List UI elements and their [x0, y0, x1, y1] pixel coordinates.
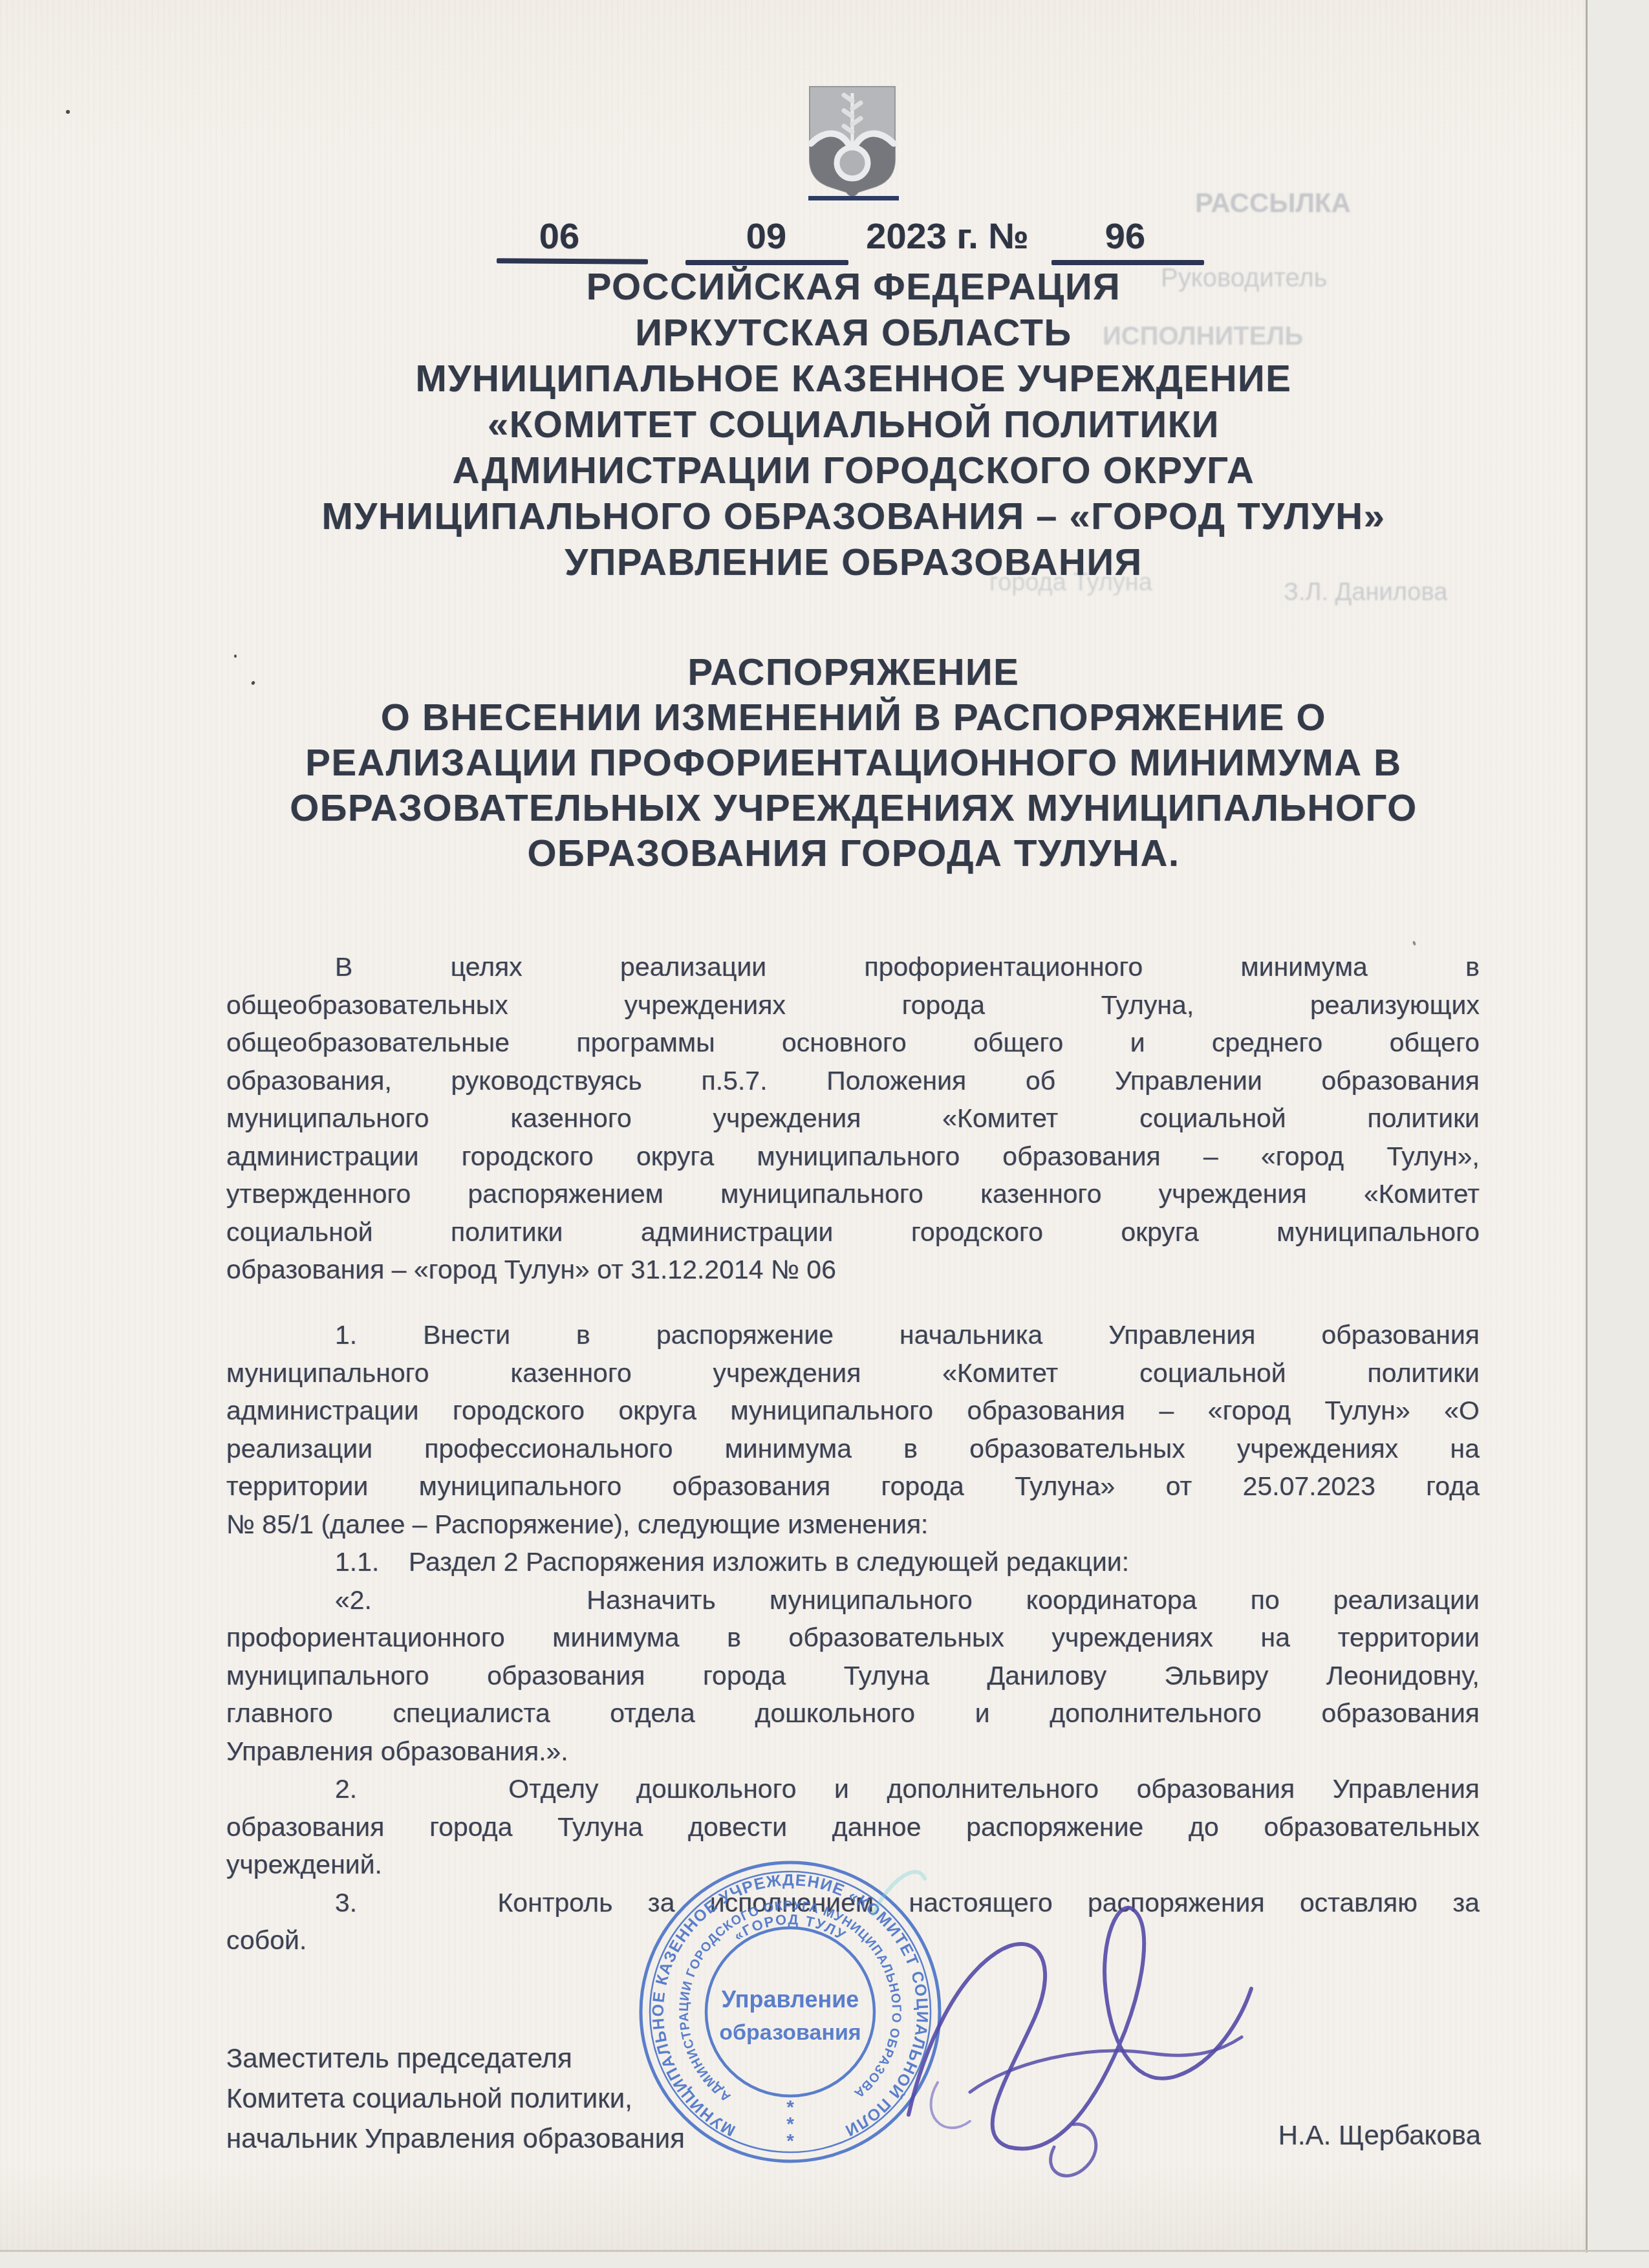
org-header-line: ИРКУТСКАЯ ОБЛАСТЬ: [188, 310, 1520, 356]
org-header-line: РОССИЙСКАЯ ФЕДЕРАЦИЯ: [188, 264, 1520, 310]
document-page: РАССЫЛКА Руководитель ИСПОЛНИТЕЛЬ города…: [0, 0, 1649, 2268]
body-line: муниципального образования города Тулуна…: [226, 1657, 1480, 1695]
body-line: № 85/1 (далее – Распоряжение), следующие…: [226, 1506, 1480, 1544]
body-line: главного специалиста отдела дошкольного …: [226, 1694, 1480, 1733]
body-line: администрации городского округа муниципа…: [226, 1392, 1480, 1430]
org-header-line: «КОМИТЕТ СОЦИАЛЬНОЙ ПОЛИТИКИ: [188, 402, 1520, 448]
body-line: муниципального казенного учреждения «Ком…: [226, 1354, 1480, 1392]
date-month: 09: [718, 215, 815, 257]
dust-speck: [66, 110, 70, 114]
title-line: ОБРАЗОВАТЕЛЬНЫХ УЧРЕЖДЕНИЯХ МУНИЦИПАЛЬНО…: [188, 786, 1520, 831]
signatory-title-block: Заместитель председателя Комитета социал…: [226, 2038, 938, 2159]
org-header-line: МУНИЦИПАЛЬНОГО ОБРАЗОВАНИЯ – «ГОРОД ТУЛУ…: [188, 493, 1520, 539]
scan-edge-right: [1588, 0, 1649, 2268]
org-header-line: АДМИНИСТРАЦИИ ГОРОДСКОГО ОКРУГА: [188, 448, 1520, 493]
body-paragraph-1: В целях реализации профориентационного м…: [226, 948, 1480, 1289]
org-header-line: УПРАВЛЕНИЕ ОБРАЗОВАНИЯ: [188, 539, 1520, 585]
tulun-coat-of-arms: [807, 84, 898, 199]
signatory-title-line: Комитета социальной политики,: [226, 2079, 938, 2119]
body-line: образования города Тулуна довести данное…: [226, 1808, 1480, 1846]
body-line: 1. Внести в распоряжение начальника Упра…: [226, 1316, 1480, 1354]
org-header-line: МУНИЦИПАЛЬНОЕ КАЗЕННОЕ УЧРЕЖДЕНИЕ: [188, 356, 1520, 402]
title-line: РЕАЛИЗАЦИИ ПРОФОРИЕНТАЦИОННОГО МИНИМУМА …: [188, 740, 1520, 786]
org-header: РОССИЙСКАЯ ФЕДЕРАЦИЯ ИРКУТСКАЯ ОБЛАСТЬ М…: [188, 264, 1520, 585]
body-line: 1.1. Раздел 2 Распоряжения изложить в сл…: [226, 1543, 1480, 1581]
document-title: РАСПОРЯЖЕНИЕ О ВНЕСЕНИИ ИЗМЕНЕНИЙ В РАСП…: [188, 650, 1520, 876]
body-line: Управления образования.».: [226, 1733, 1480, 1771]
scan-edge-right-line: [1586, 0, 1588, 2268]
bleedthrough-rassylka: РАССЫЛКА: [1195, 188, 1351, 219]
scan-edge-bottom-line: [0, 2250, 1649, 2252]
body-line: утвержденного распоряжением муниципально…: [226, 1175, 1480, 1213]
body-line: 2. Отделу дошкольного и дополнительного …: [226, 1770, 1480, 1808]
body-line: «2. Назначить муниципального координатор…: [226, 1581, 1480, 1619]
body-line: образования, руководствуясь п.5.7. Полож…: [226, 1062, 1480, 1100]
body-line: социальной политики администрации городс…: [226, 1213, 1480, 1251]
body-line: общеобразовательные программы основного …: [226, 1024, 1480, 1062]
title-line: О ВНЕСЕНИИ ИЗМЕНЕНИЙ В РАСПОРЯЖЕНИЕ О: [188, 695, 1520, 740]
title-line: РАСПОРЯЖЕНИЕ: [188, 650, 1520, 695]
date-doc-number: 96: [1073, 215, 1177, 257]
body-line: общеобразовательных учреждениях города Т…: [226, 986, 1480, 1024]
signatory-title-line: начальник Управления образования: [226, 2119, 938, 2159]
date-year-number-sign: 2023 г. №: [844, 215, 1051, 257]
body-line: образования – «город Тулун» от 31.12.201…: [226, 1251, 1480, 1289]
dust-speck: [234, 654, 237, 658]
body-line: профориентационного минимума в образоват…: [226, 1619, 1480, 1657]
body-line: В целях реализации профориентационного м…: [226, 948, 1480, 986]
title-line: ОБРАЗОВАНИЯ ГОРОДА ТУЛУНА.: [188, 831, 1520, 876]
scanned-decree-page: { "colors": { "ink": "#3b4250", "underli…: [0, 0, 1649, 2268]
stamp-center-line1: Управление: [722, 1986, 859, 2013]
signatory-name: Н.А. Щербакова: [1222, 2120, 1481, 2151]
signatory-title-line: Заместитель председателя: [226, 2038, 938, 2079]
body-line: муниципального казенного учреждения «Ком…: [226, 1099, 1480, 1138]
body-line: реализации профессионального минимума в …: [226, 1430, 1480, 1468]
emblem-underline: [808, 196, 899, 200]
date-day: 06: [511, 215, 608, 257]
scan-edge-bottom: [0, 2252, 1649, 2268]
dust-speck: [1412, 941, 1416, 946]
body-line: территории муниципального образования го…: [226, 1467, 1480, 1506]
body-line: администрации городского округа муниципа…: [226, 1138, 1480, 1176]
